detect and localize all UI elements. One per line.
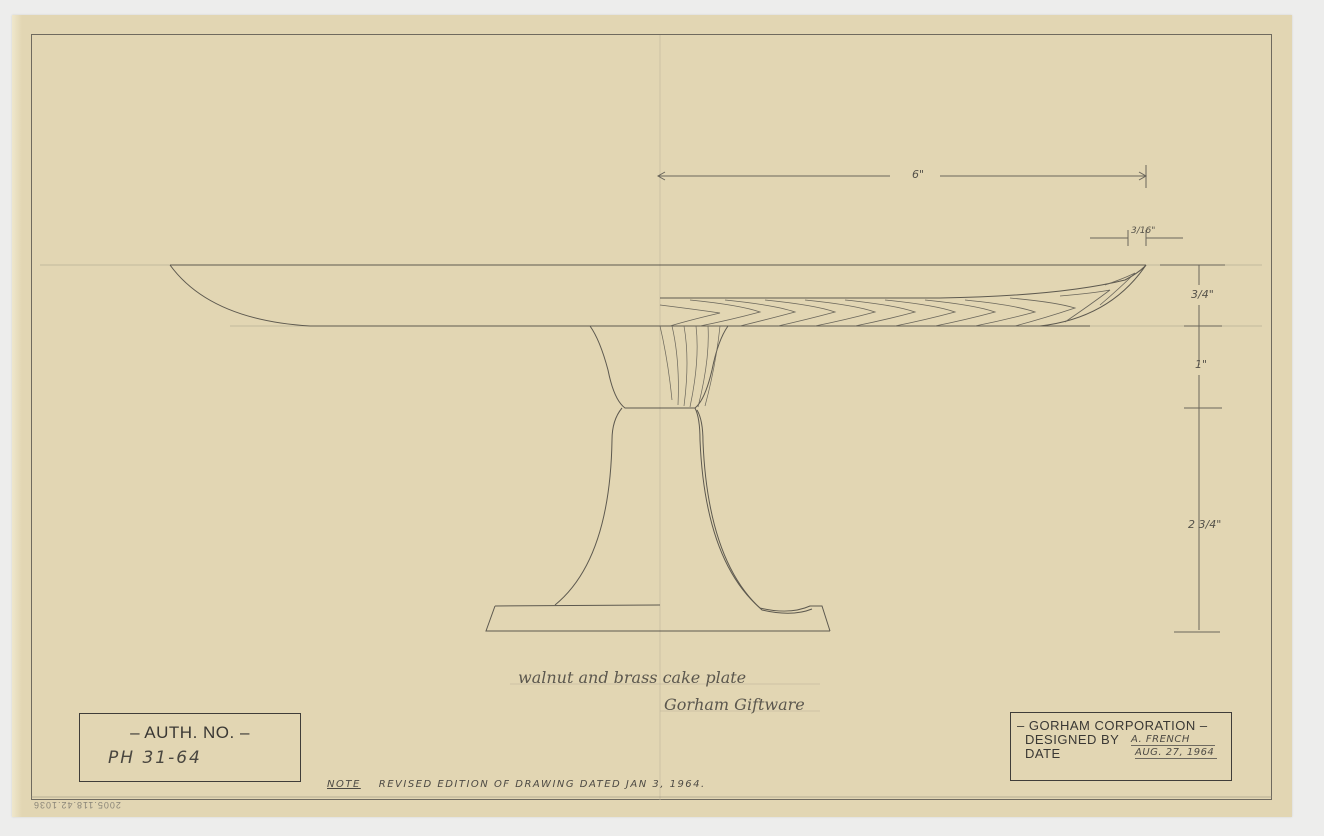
dimension-plate-height: 3/4" (1191, 288, 1214, 301)
corporation-stamp: – GORHAM CORPORATION – DESIGNED BY A. FR… (1010, 712, 1232, 781)
dimension-base-height: 2 3/4" (1188, 518, 1221, 531)
date-label: DATE (1025, 746, 1061, 761)
designed-by-value: A. FRENCH (1131, 734, 1215, 746)
auth-number-stamp: – AUTH. NO. – PH 31-64 (79, 713, 301, 782)
corp-stamp-title: – GORHAM CORPORATION – (1017, 718, 1208, 733)
revision-note: NOTEREVISED EDITION OF DRAWING DATED JAN… (327, 779, 706, 790)
cake-plate-drawing (0, 0, 1324, 836)
note-text: REVISED EDITION OF DRAWING DATED JAN 3, … (379, 779, 706, 790)
auth-stamp-title: – AUTH. NO. – (80, 723, 300, 743)
caption-title: walnut and brass cake plate (518, 668, 746, 687)
note-label: NOTE (327, 779, 361, 790)
dimension-rim: 3/16" (1131, 226, 1155, 236)
dimension-width: 6" (912, 168, 924, 181)
dimension-stem-height: 1" (1195, 358, 1207, 371)
archive-number: 2005.118.42.1036 (33, 800, 121, 810)
designed-by-label: DESIGNED BY (1025, 732, 1119, 747)
auth-number-value: PH 31-64 (108, 748, 202, 768)
date-value: AUG. 27, 1964 (1135, 747, 1217, 759)
caption-brand: Gorham Giftware (664, 695, 805, 714)
